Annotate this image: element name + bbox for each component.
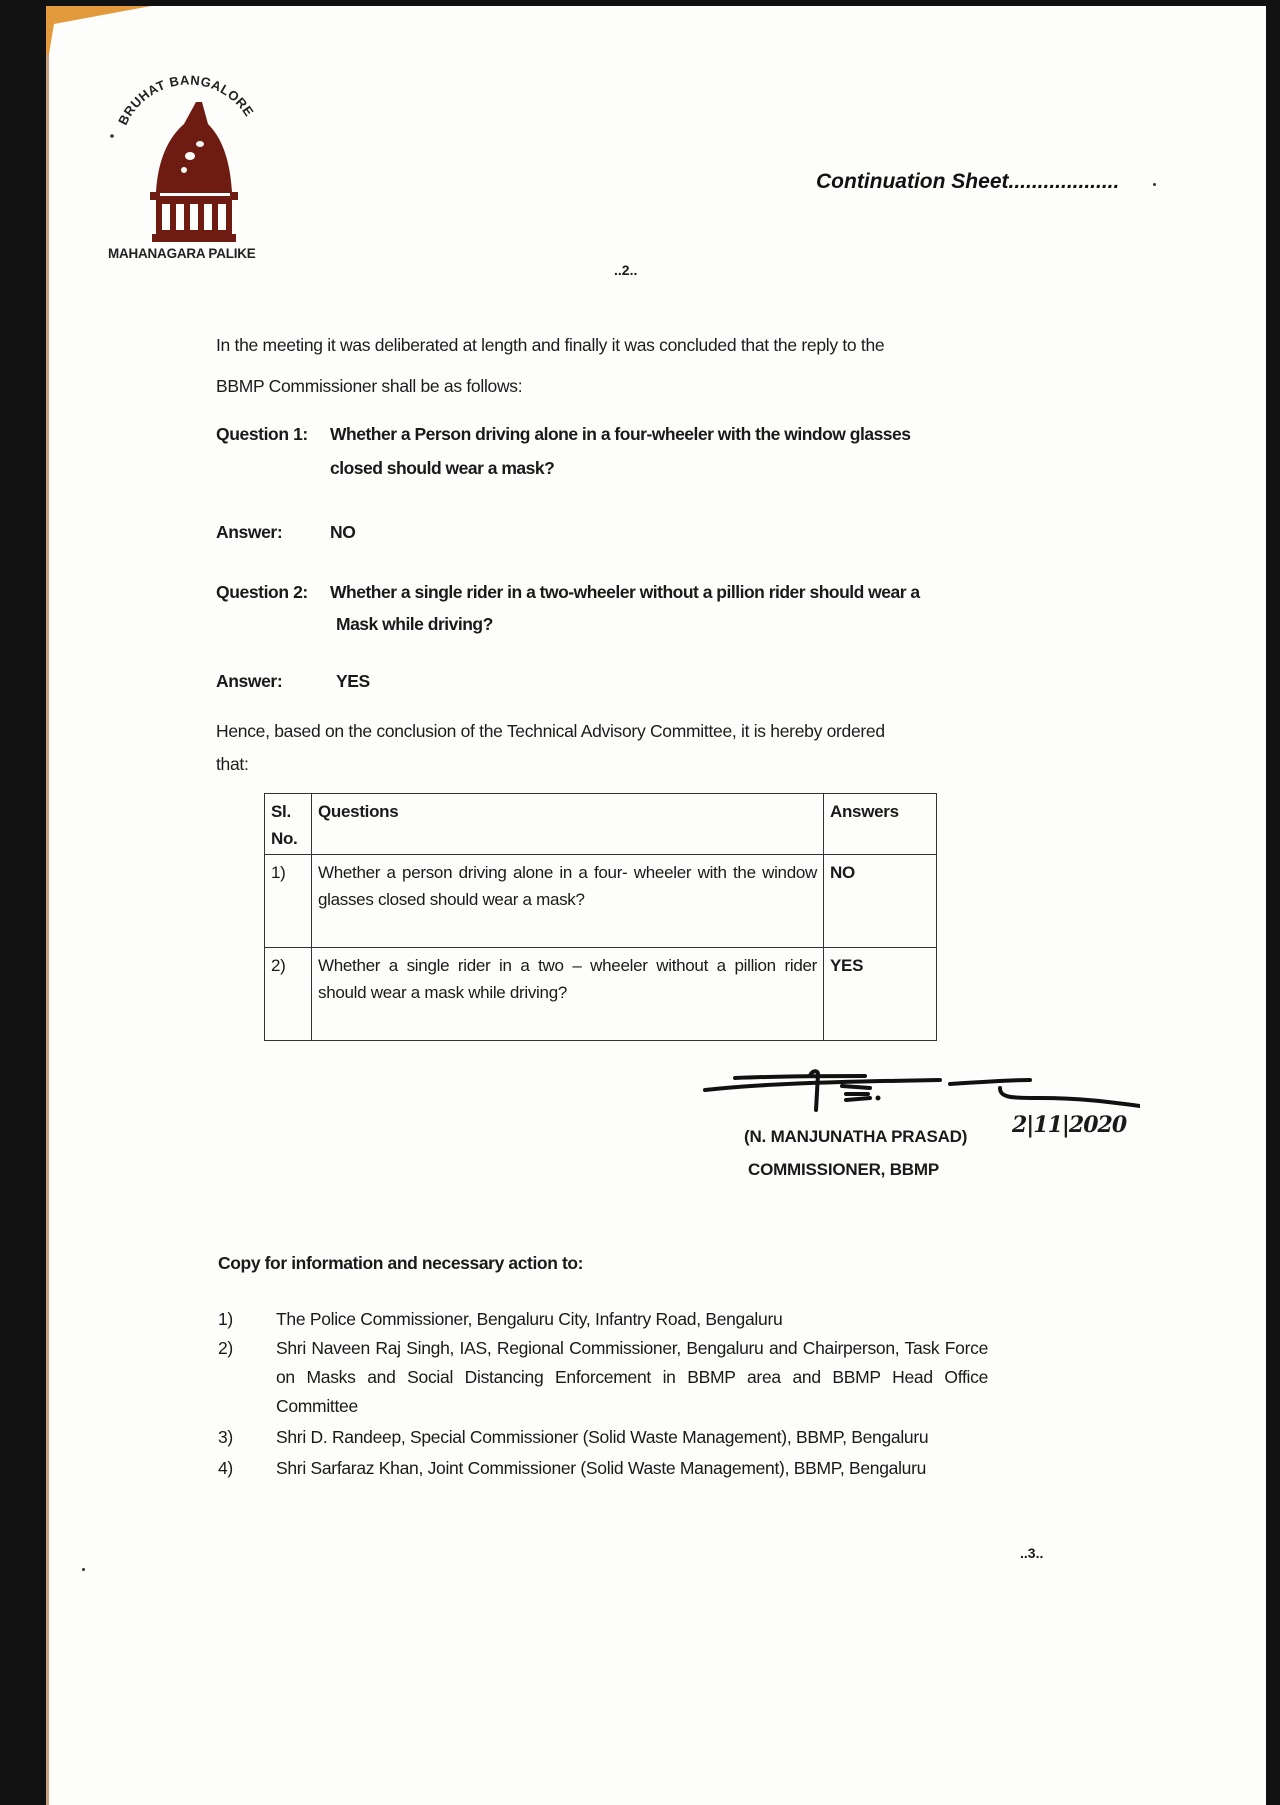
continuation-sheet-label: Continuation Sheet................... (816, 170, 1119, 194)
row-question: Whether a single rider in a two – wheele… (312, 948, 824, 1041)
question-2-label: Question 2: (216, 582, 308, 603)
answer-2-value: YES (336, 671, 370, 692)
list-item: 2) Shri Naveen Raj Singh, IAS, Regional … (218, 1334, 988, 1421)
answer-2-label: Answer: (216, 671, 282, 692)
svg-text:BRUHAT BANGALORE: BRUHAT BANGALORE (115, 72, 257, 127)
order-line-1: Hence, based on the conclusion of the Te… (216, 717, 885, 745)
row-sl: 1) (265, 855, 312, 948)
logo-arc-text: BRUHAT BANGALORE (115, 72, 257, 127)
table-header-row: Sl. No. Questions Answers (265, 794, 937, 855)
row-answer: NO (824, 855, 937, 948)
signatory-title: COMMISSIONER, BBMP (748, 1160, 939, 1180)
list-item-number: 2) (218, 1334, 233, 1363)
list-item-number: 3) (218, 1423, 233, 1452)
list-item-number: 4) (218, 1454, 233, 1483)
copy-to-heading: Copy for information and necessary actio… (218, 1253, 583, 1274)
document: BRUHAT BANGALORE MAHANAGARA PALIKE Conti… (0, 0, 1280, 1805)
question-1-line-2: closed should wear a mask? (330, 452, 554, 484)
list-item-text: Shri Naveen Raj Singh, IAS, Regional Com… (276, 1334, 988, 1421)
answer-1-label: Answer: (216, 522, 282, 543)
header-sl-no: Sl. No. (265, 794, 312, 855)
scan-speck (1153, 183, 1156, 186)
table-row: 2) Whether a single rider in a two – whe… (265, 948, 937, 1041)
intro-line-1: In the meeting it was deliberated at len… (216, 331, 884, 359)
list-item: 1) The Police Commissioner, Bengaluru Ci… (218, 1305, 988, 1334)
signatory-name: (N. MANJUNATHA PRASAD) (744, 1127, 967, 1147)
header-answers: Answers (824, 794, 937, 855)
question-1-label: Question 1: (216, 424, 308, 445)
scan-speck (82, 1568, 85, 1571)
list-item-text: The Police Commissioner, Bengaluru City,… (276, 1305, 988, 1334)
list-item: 3) Shri D. Randeep, Special Commissioner… (218, 1423, 936, 1452)
copy-to-list: 1) The Police Commissioner, Bengaluru Ci… (218, 1305, 988, 1483)
question-2-line-1: Whether a single rider in a two-wheeler … (330, 576, 920, 608)
temple-emblem-icon: BRUHAT BANGALORE (104, 56, 274, 266)
order-line-2: that: (216, 750, 249, 778)
order-table: Sl. No. Questions Answers 1) Whether a p… (264, 793, 937, 1041)
answer-1-value: NO (330, 522, 355, 543)
table-row: 1) Whether a person driving alone in a f… (265, 855, 937, 948)
question-1-line-1: Whether a Person driving alone in a four… (330, 418, 911, 450)
intro-line-2: BBMP Commissioner shall be as follows: (216, 372, 816, 400)
handwritten-date: 2|11|2020 (1012, 1112, 1126, 1138)
row-answer: YES (824, 948, 937, 1041)
page-number: ..2.. (614, 262, 637, 278)
org-name: MAHANAGARA PALIKE (108, 245, 256, 261)
list-item-number: 1) (218, 1305, 233, 1334)
row-sl: 2) (265, 948, 312, 1041)
question-2-line-2: Mask while driving? (336, 608, 493, 640)
header-questions: Questions (312, 794, 824, 855)
list-item: 4) Shri Sarfaraz Khan, Joint Commissione… (218, 1454, 936, 1483)
row-question: Whether a person driving alone in a four… (312, 855, 824, 948)
list-item-text: Shri D. Randeep, Special Commissioner (S… (276, 1423, 936, 1452)
list-item-text: Shri Sarfaraz Khan, Joint Commissioner (… (276, 1454, 936, 1483)
next-page-marker: ..3.. (1020, 1545, 1043, 1561)
